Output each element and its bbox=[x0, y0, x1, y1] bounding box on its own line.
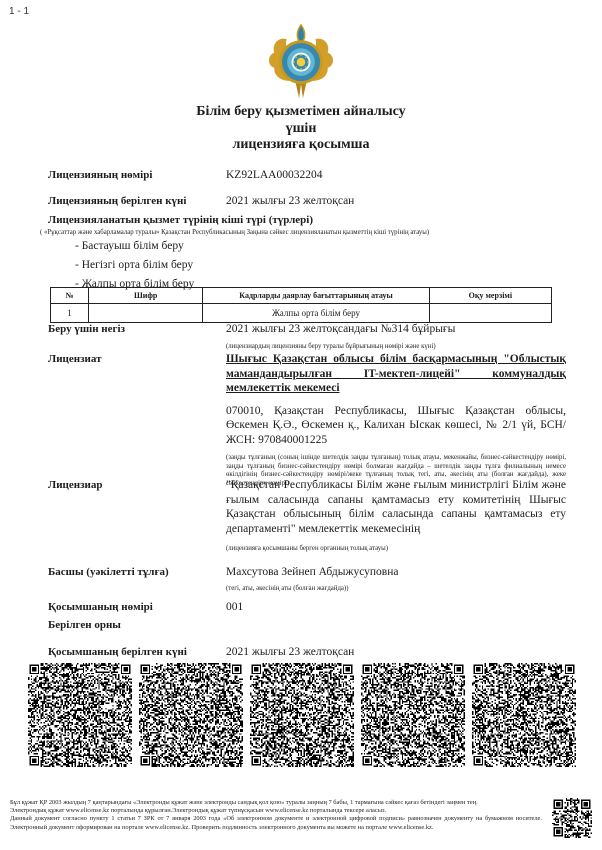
qr-code bbox=[250, 663, 354, 767]
signature-qr-codes bbox=[28, 663, 576, 767]
footer-line-ru: Данный документ согласно пункту 1 статьи… bbox=[10, 815, 542, 831]
cell-direction: Жалпы орта білім беру bbox=[203, 304, 429, 323]
licensor-name: "Қазақстан Республикасы Білім және ғылым… bbox=[226, 478, 566, 536]
license-number-row: Лицензияның нөмірі KZ92LAA00032204 bbox=[48, 168, 566, 183]
qr-code-small bbox=[552, 798, 592, 838]
basis-label: Беру үшін негіз bbox=[48, 322, 226, 336]
licensee-row: Лицензиат Шығыс Қазақстан облысы білім б… bbox=[48, 352, 566, 488]
licensor-row: Лицензиар "Қазақстан Республикасы Білім … bbox=[48, 478, 566, 554]
verification-qr bbox=[552, 798, 592, 843]
basis-row: Беру үшін негіз 2021 жылғы 23 желтоқсанд… bbox=[48, 322, 566, 351]
directions-table: № Шифр Кадрларды даярлау бағыттарының ат… bbox=[50, 287, 552, 323]
col-number: № bbox=[51, 288, 89, 304]
kazakhstan-coat-of-arms-icon bbox=[0, 24, 602, 109]
cell-cipher bbox=[89, 304, 203, 323]
title-line-1: Білім беру қызметімен айналысу bbox=[0, 104, 602, 121]
attachment-number-label: Қосымшаның нөмірі bbox=[48, 600, 226, 614]
licensee-value: Шығыс Қазақстан облысы білім басқармасын… bbox=[226, 352, 566, 488]
head-note: (тегі, аты, әкесінің аты (болған жағдайд… bbox=[226, 585, 566, 594]
title-line-2: үшін bbox=[0, 121, 602, 138]
basis-note: (лицензиардың лицензияны беру туралы бұй… bbox=[226, 343, 566, 352]
subtype-list: - Бастауыш білім беру - Негізгі орта біл… bbox=[48, 237, 566, 294]
attachment-date-value: 2021 жылғы 23 желтоқсан bbox=[226, 645, 566, 660]
basis-order: 2021 жылғы 23 желтоқсандағы №314 бұйрығы bbox=[226, 322, 566, 337]
attachment-date-label: Қосымшаның берілген күні bbox=[48, 645, 226, 659]
cell-term bbox=[429, 304, 551, 323]
licensor-note: (лицензияға қосымшаны берген органның то… bbox=[226, 545, 566, 554]
license-number-label: Лицензияның нөмірі bbox=[48, 168, 226, 182]
footer-line-kk-1: Бұл құжат ҚР 2003 жылдың 7 қаңтарындағы … bbox=[10, 799, 542, 807]
footer-line-kk-2: Электрондық құжат www.elicense.kz портал… bbox=[10, 807, 542, 815]
issue-place-label: Берілген орны bbox=[48, 618, 226, 632]
qr-code bbox=[139, 663, 243, 767]
license-date-value: 2021 жылғы 23 желтоқсан bbox=[226, 194, 566, 209]
col-direction: Кадрларды даярлау бағыттарының атауы bbox=[203, 288, 429, 304]
licensor-label: Лицензиар bbox=[48, 478, 226, 492]
legal-footer: Бұл құжат ҚР 2003 жылдың 7 қаңтарындағы … bbox=[10, 799, 542, 832]
issue-place-row: Берілген орны bbox=[48, 618, 566, 632]
license-date-row: Лицензияның берілген күні 2021 жылғы 23 … bbox=[48, 194, 566, 209]
head-label: Басшы (уәкілетті тұлға) bbox=[48, 565, 226, 579]
head-row: Басшы (уәкілетті тұлға) Махсутова Зейнеп… bbox=[48, 565, 566, 593]
license-number-value: KZ92LAA00032204 bbox=[226, 168, 566, 183]
qr-code bbox=[472, 663, 576, 767]
licensee-label: Лицензиат bbox=[48, 352, 226, 366]
subtype-item: - Негізгі орта білім беру bbox=[75, 256, 566, 275]
qr-code bbox=[28, 663, 132, 767]
licensee-address: 070010, Қазақстан Республикасы, Шығыс Қа… bbox=[226, 404, 566, 448]
table-row: 1 Жалпы орта білім беру bbox=[51, 304, 552, 323]
col-term: Оқу мерзімі bbox=[429, 288, 551, 304]
attachment-date-row: Қосымшаның берілген күні 2021 жылғы 23 ж… bbox=[48, 645, 566, 660]
attachment-number-value: 001 bbox=[226, 600, 566, 615]
title-line-3: лицензияға қосымша bbox=[0, 137, 602, 154]
cell-number: 1 bbox=[51, 304, 89, 323]
table-header-row: № Шифр Кадрларды даярлау бағыттарының ат… bbox=[51, 288, 552, 304]
license-date-label: Лицензияның берілген күні bbox=[48, 194, 226, 208]
licensee-name: Шығыс Қазақстан облысы білім басқармасын… bbox=[226, 352, 566, 396]
document-page: 1 - 1 Білім беру қызметімен айналысу үші… bbox=[0, 0, 602, 850]
page-marker: 1 - 1 bbox=[9, 6, 29, 17]
col-cipher: Шифр bbox=[89, 288, 203, 304]
head-name: Махсутова Зейнеп Абдыжусуповна bbox=[226, 565, 566, 580]
basis-value: 2021 жылғы 23 желтоқсандағы №314 бұйрығы… bbox=[226, 322, 566, 351]
licensor-value: "Қазақстан Республикасы Білім және ғылым… bbox=[226, 478, 566, 554]
attachment-number-row: Қосымшаның нөмірі 001 bbox=[48, 600, 566, 615]
head-value: Махсутова Зейнеп Абдыжусуповна (тегі, ат… bbox=[226, 565, 566, 593]
subtype-item: - Бастауыш білім беру bbox=[75, 237, 566, 256]
qr-code bbox=[361, 663, 465, 767]
document-title: Білім беру қызметімен айналысу үшін лице… bbox=[0, 104, 602, 154]
subtype-heading: Лицензияланатын қызмет түрінің кіші түрі… bbox=[48, 214, 566, 226]
